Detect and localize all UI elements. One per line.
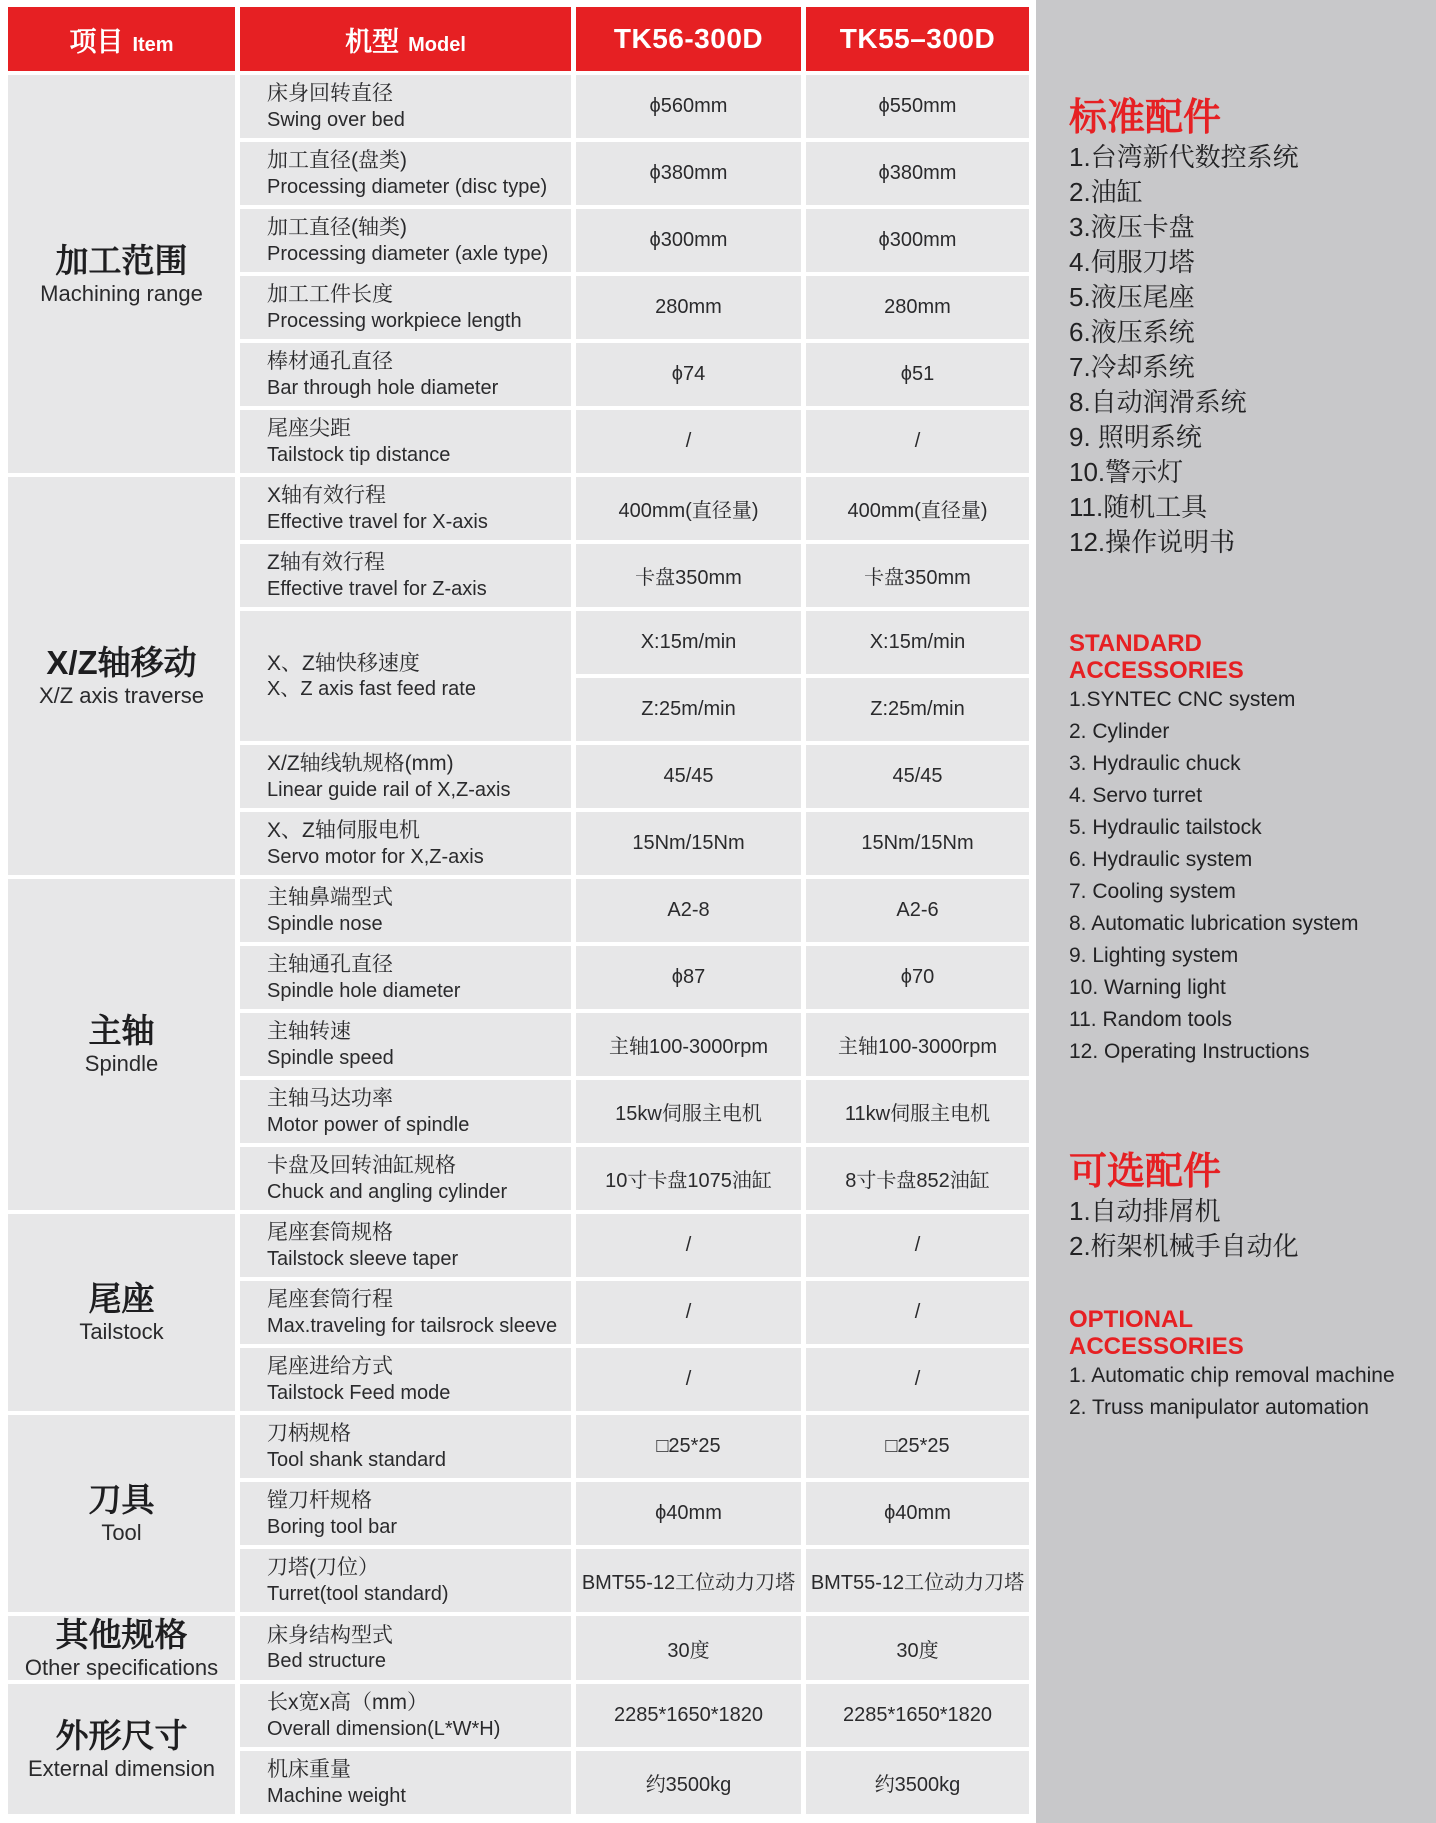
value-cell-tk56: /: [576, 1281, 801, 1344]
standard-accessories-title-zh: 标准配件: [1069, 96, 1420, 140]
value-cell-tk55: ϕ51: [806, 343, 1029, 406]
optional-title-en-line1: OPTIONAL: [1069, 1306, 1193, 1333]
spec-row: 外形尺寸External dimension长x宽x高（mm）Overall d…: [8, 1684, 1029, 1747]
accessory-item: 12. Operating Instructions: [1069, 1036, 1420, 1068]
spec-row: 主轴Spindle主轴鼻端型式Spindle noseA2-8A2-6: [8, 879, 1029, 942]
accessory-item: 3.液压卡盘: [1069, 210, 1420, 245]
param-cell: 尾座套筒行程Max.traveling for tailsrock sleeve: [240, 1281, 571, 1344]
category-cell: 其他规格Other specifications: [8, 1616, 235, 1680]
optional-accessories-list-en: 1. Automatic chip removal machine2. Trus…: [1069, 1360, 1420, 1424]
param-label-en: Motor power of spindle: [267, 1113, 571, 1138]
header-model-en: Model: [408, 34, 466, 56]
category-label-en: Other specifications: [8, 1656, 235, 1680]
header-model: 机型Model: [240, 7, 571, 71]
accessory-item: 2. Truss manipulator automation: [1069, 1392, 1420, 1424]
optional-title-en-line2: ACCESSORIES: [1069, 1333, 1244, 1360]
optional-accessories-title-zh: 可选配件: [1069, 1150, 1420, 1194]
value-cell-tk55: 卡盘350mm: [806, 544, 1029, 607]
category-label-zh: 刀具: [8, 1481, 235, 1519]
accessory-item: 4. Servo turret: [1069, 780, 1420, 812]
param-label-en: Effective travel for X-axis: [267, 510, 571, 535]
accessory-item: 3. Hydraulic chuck: [1069, 748, 1420, 780]
value-cell-tk56: BMT55-12工位动力刀塔: [576, 1549, 801, 1612]
value-cell-tk55: Z:25m/min: [806, 678, 1029, 741]
param-label-en: Bed structure: [267, 1649, 571, 1674]
value-cell-tk56: 卡盘350mm: [576, 544, 801, 607]
param-label-zh: 尾座进给方式: [267, 1353, 571, 1380]
value-cell-tk56: ϕ40mm: [576, 1482, 801, 1545]
param-label-en: Processing workpiece length: [267, 309, 571, 334]
category-label-zh: 主轴: [8, 1012, 235, 1050]
optional-accessories-list-zh: 1.自动排屑机2.桁架机械手自动化: [1069, 1194, 1420, 1264]
param-label-zh: 加工直径(轴类): [267, 214, 571, 241]
accessory-item: 9. 照明系统: [1069, 420, 1420, 455]
value-cell-tk56: 10寸卡盘1075油缸: [576, 1147, 801, 1210]
accessory-item: 1.SYNTEC CNC system: [1069, 684, 1420, 716]
value-cell-tk56: /: [576, 1348, 801, 1411]
standard-accessories-list-en: 1.SYNTEC CNC system2. Cylinder3. Hydraul…: [1069, 684, 1420, 1068]
param-label-en: Tailstock tip distance: [267, 443, 571, 468]
category-cell: 加工范围Machining range: [8, 75, 235, 473]
param-cell: X轴有效行程Effective travel for X-axis: [240, 477, 571, 540]
param-cell: 长x宽x高（mm）Overall dimension(L*W*H): [240, 1684, 571, 1747]
value-cell-tk56: 45/45: [576, 745, 801, 808]
param-label-zh: 尾座尖距: [267, 415, 571, 442]
value-cell-tk56: 约3500kg: [576, 1751, 801, 1814]
value-cell-tk56: 2285*1650*1820: [576, 1684, 801, 1747]
spec-row: X/Z轴移动X/Z axis traverseX轴有效行程Effective t…: [8, 477, 1029, 540]
param-label-en: Effective travel for Z-axis: [267, 577, 571, 602]
value-cell-tk55: BMT55-12工位动力刀塔: [806, 1549, 1029, 1612]
param-label-zh: 卡盘及回转油缸规格: [267, 1152, 571, 1179]
accessory-item: 6. Hydraulic system: [1069, 844, 1420, 876]
param-label-zh: X轴有效行程: [267, 482, 571, 509]
value-cell-tk56: □25*25: [576, 1415, 801, 1478]
param-label-en: Machine weight: [267, 1784, 571, 1809]
accessory-item: 8.自动润滑系统: [1069, 385, 1420, 420]
param-label-zh: X、Z轴伺服电机: [267, 817, 571, 844]
standard-accessories-title-en: STANDARD ACCESSORIES: [1069, 630, 1420, 684]
value-cell-tk55: ϕ40mm: [806, 1482, 1029, 1545]
param-cell: 刀柄规格Tool shank standard: [240, 1415, 571, 1478]
param-label-zh: X/Z轴线轨规格(mm): [267, 750, 571, 777]
header-model-zh: 机型: [345, 27, 399, 57]
value-cell-tk55: ϕ380mm: [806, 142, 1029, 205]
value-cell-tk55: 45/45: [806, 745, 1029, 808]
param-label-zh: 尾座套筒行程: [267, 1286, 571, 1313]
value-cell-tk55: X:15m/min: [806, 611, 1029, 674]
accessory-item: 2.桁架机械手自动化: [1069, 1229, 1420, 1264]
param-label-zh: 加工工件长度: [267, 281, 571, 308]
header-item-zh: 项目: [69, 27, 123, 57]
accessory-item: 1.台湾新代数控系统: [1069, 140, 1420, 175]
accessory-item: 6.液压系统: [1069, 315, 1420, 350]
header-item-en: Item: [132, 34, 173, 56]
param-cell: 主轴马达功率Motor power of spindle: [240, 1080, 571, 1143]
optional-accessories-title-en: OPTIONAL ACCESSORIES: [1069, 1306, 1420, 1360]
category-cell: 主轴Spindle: [8, 879, 235, 1210]
param-label-en: Spindle hole diameter: [267, 979, 571, 1004]
category-label-zh: 尾座: [8, 1280, 235, 1318]
value-cell-tk55: A2-6: [806, 879, 1029, 942]
param-cell: 主轴转速Spindle speed: [240, 1013, 571, 1076]
param-cell: 床身结构型式Bed structure: [240, 1616, 571, 1680]
param-cell: X、Z轴伺服电机Servo motor for X,Z-axis: [240, 812, 571, 875]
header-model-tk55: TK55–300D: [806, 7, 1029, 71]
value-cell-tk56: 主轴100-3000rpm: [576, 1013, 801, 1076]
category-label-zh: 加工范围: [8, 242, 235, 280]
category-label-en: Spindle: [8, 1052, 235, 1076]
accessory-item: 10. Warning light: [1069, 972, 1420, 1004]
param-cell: 床身回转直径Swing over bed: [240, 75, 571, 138]
param-cell: Z轴有效行程Effective travel for Z-axis: [240, 544, 571, 607]
value-cell-tk55: ϕ70: [806, 946, 1029, 1009]
param-label-zh: 尾座套筒规格: [267, 1219, 571, 1246]
param-label-en: Boring tool bar: [267, 1515, 571, 1540]
param-label-zh: 加工直径(盘类): [267, 147, 571, 174]
value-cell-tk55: 30度: [806, 1616, 1029, 1680]
param-label-zh: 刀柄规格: [267, 1420, 571, 1447]
spec-row: 尾座Tailstock尾座套筒规格Tailstock sleeve taper/…: [8, 1214, 1029, 1277]
spec-row: 加工范围Machining range床身回转直径Swing over bedϕ…: [8, 75, 1029, 138]
param-label-en: Spindle nose: [267, 912, 571, 937]
category-cell: 尾座Tailstock: [8, 1214, 235, 1411]
accessory-item: 7.冷却系统: [1069, 350, 1420, 385]
param-label-zh: X、Z轴快移速度: [267, 650, 571, 677]
header-model-tk56: TK56-300D: [576, 7, 801, 71]
accessory-item: 5.液压尾座: [1069, 280, 1420, 315]
param-label-en: Overall dimension(L*W*H): [267, 1717, 571, 1742]
value-cell-tk56: /: [576, 1214, 801, 1277]
param-label-zh: 主轴马达功率: [267, 1085, 571, 1112]
value-cell-tk55: 8寸卡盘852油缸: [806, 1147, 1029, 1210]
value-cell-tk56: /: [576, 410, 801, 473]
value-cell-tk56: ϕ74: [576, 343, 801, 406]
value-cell-tk56: X:15m/min: [576, 611, 801, 674]
param-label-zh: 机床重量: [267, 1756, 571, 1783]
param-label-zh: 镗刀杆规格: [267, 1487, 571, 1514]
accessory-item: 12.操作说明书: [1069, 525, 1420, 560]
value-cell-tk56: 280mm: [576, 276, 801, 339]
param-label-zh: 刀塔(刀位）: [267, 1554, 571, 1581]
param-cell: 主轴通孔直径Spindle hole diameter: [240, 946, 571, 1009]
category-label-en: Tailstock: [8, 1320, 235, 1344]
standard-title-en-line2: ACCESSORIES: [1069, 657, 1244, 684]
value-cell-tk56: ϕ300mm: [576, 209, 801, 272]
param-label-zh: 床身结构型式: [267, 1622, 571, 1649]
param-cell: 主轴鼻端型式Spindle nose: [240, 879, 571, 942]
param-label-zh: 棒材通孔直径: [267, 348, 571, 375]
param-cell: 尾座进给方式Tailstock Feed mode: [240, 1348, 571, 1411]
param-cell: 刀塔(刀位）Turret(tool standard): [240, 1549, 571, 1612]
param-label-zh: 主轴通孔直径: [267, 951, 571, 978]
value-cell-tk56: ϕ87: [576, 946, 801, 1009]
param-label-en: Tailstock Feed mode: [267, 1381, 571, 1406]
accessory-item: 11. Random tools: [1069, 1004, 1420, 1036]
accessory-item: 10.警示灯: [1069, 455, 1420, 490]
category-label-zh: 外形尺寸: [8, 1717, 235, 1755]
value-cell-tk55: □25*25: [806, 1415, 1029, 1478]
value-cell-tk55: /: [806, 1348, 1029, 1411]
value-cell-tk55: 约3500kg: [806, 1751, 1029, 1814]
param-cell: 卡盘及回转油缸规格Chuck and angling cylinder: [240, 1147, 571, 1210]
accessory-item: 1.自动排屑机: [1069, 1194, 1420, 1229]
param-cell: 棒材通孔直径Bar through hole diameter: [240, 343, 571, 406]
value-cell-tk55: 400mm(直径量): [806, 477, 1029, 540]
standard-accessories-list-zh: 1.台湾新代数控系统2.油缸3.液压卡盘4.伺服刀塔5.液压尾座6.液压系统7.…: [1069, 140, 1420, 560]
param-label-zh: 床身回转直径: [267, 80, 571, 107]
accessory-item: 2.油缸: [1069, 175, 1420, 210]
spec-table-body: 加工范围Machining range床身回转直径Swing over bedϕ…: [8, 75, 1029, 1814]
param-label-en: Swing over bed: [267, 108, 571, 133]
value-cell-tk55: /: [806, 1281, 1029, 1344]
param-label-zh: Z轴有效行程: [267, 549, 571, 576]
param-cell: 尾座尖距Tailstock tip distance: [240, 410, 571, 473]
standard-title-en-line1: STANDARD: [1069, 630, 1202, 657]
accessory-item: 9. Lighting system: [1069, 940, 1420, 972]
param-label-en: Servo motor for X,Z-axis: [267, 845, 571, 870]
category-cell: 刀具Tool: [8, 1415, 235, 1612]
value-cell-tk55: ϕ550mm: [806, 75, 1029, 138]
spec-table: 项目Item 机型Model TK56-300D TK55–300D 加工范围M…: [3, 3, 1034, 1818]
accessory-item: 5. Hydraulic tailstock: [1069, 812, 1420, 844]
category-label-en: Machining range: [8, 282, 235, 306]
value-cell-tk56: 30度: [576, 1616, 801, 1680]
value-cell-tk56: 15kw伺服主电机: [576, 1080, 801, 1143]
param-cell: 加工直径(轴类)Processing diameter (axle type): [240, 209, 571, 272]
header-row: 项目Item 机型Model TK56-300D TK55–300D: [8, 7, 1029, 71]
spec-sheet-page: { "colors": { "accent_red": "#e62023", "…: [0, 0, 1436, 1823]
value-cell-tk55: /: [806, 1214, 1029, 1277]
param-label-en: Linear guide rail of X,Z-axis: [267, 778, 571, 803]
value-cell-tk55: 2285*1650*1820: [806, 1684, 1029, 1747]
accessory-item: 7. Cooling system: [1069, 876, 1420, 908]
param-label-en: Max.traveling for tailsrock sleeve: [267, 1314, 571, 1339]
accessories-sidebar: 标准配件 1.台湾新代数控系统2.油缸3.液压卡盘4.伺服刀塔5.液压尾座6.液…: [1036, 0, 1436, 1823]
spec-row: 刀具Tool刀柄规格Tool shank standard□25*25□25*2…: [8, 1415, 1029, 1478]
value-cell-tk56: 15Nm/15Nm: [576, 812, 801, 875]
param-label-en: Turret(tool standard): [267, 1582, 571, 1607]
param-label-en: Processing diameter (disc type): [267, 175, 571, 200]
category-cell: 外形尺寸External dimension: [8, 1684, 235, 1814]
accessory-item: 1. Automatic chip removal machine: [1069, 1360, 1420, 1392]
value-cell-tk56: A2-8: [576, 879, 801, 942]
category-label-en: Tool: [8, 1521, 235, 1545]
category-cell: X/Z轴移动X/Z axis traverse: [8, 477, 235, 875]
param-label-en: Processing diameter (axle type): [267, 242, 571, 267]
header-item: 项目Item: [8, 7, 235, 71]
category-label-en: External dimension: [8, 1757, 235, 1781]
param-cell: 尾座套筒规格Tailstock sleeve taper: [240, 1214, 571, 1277]
accessory-item: 11.随机工具: [1069, 490, 1420, 525]
category-label-zh: X/Z轴移动: [8, 644, 235, 682]
param-label-en: X、Z axis fast feed rate: [267, 677, 571, 702]
value-cell-tk55: 主轴100-3000rpm: [806, 1013, 1029, 1076]
accessory-item: 8. Automatic lubrication system: [1069, 908, 1420, 940]
accessory-item: 4.伺服刀塔: [1069, 245, 1420, 280]
param-label-en: Bar through hole diameter: [267, 376, 571, 401]
category-label-en: X/Z axis traverse: [8, 684, 235, 708]
param-label-zh: 主轴鼻端型式: [267, 884, 571, 911]
param-cell: X/Z轴线轨规格(mm)Linear guide rail of X,Z-axi…: [240, 745, 571, 808]
accessory-item: 2. Cylinder: [1069, 716, 1420, 748]
value-cell-tk55: 15Nm/15Nm: [806, 812, 1029, 875]
param-cell: 加工工件长度Processing workpiece length: [240, 276, 571, 339]
category-label-zh: 其他规格: [8, 1616, 235, 1654]
param-cell: 机床重量Machine weight: [240, 1751, 571, 1814]
value-cell-tk55: 11kw伺服主电机: [806, 1080, 1029, 1143]
param-label-en: Tool shank standard: [267, 1448, 571, 1473]
value-cell-tk56: Z:25m/min: [576, 678, 801, 741]
param-label-en: Tailstock sleeve taper: [267, 1247, 571, 1272]
spec-row: 其他规格Other specifications床身结构型式Bed struct…: [8, 1616, 1029, 1680]
value-cell-tk56: ϕ560mm: [576, 75, 801, 138]
value-cell-tk55: ϕ300mm: [806, 209, 1029, 272]
param-cell: 加工直径(盘类)Processing diameter (disc type): [240, 142, 571, 205]
param-cell: X、Z轴快移速度X、Z axis fast feed rate: [240, 611, 571, 741]
param-label-en: Chuck and angling cylinder: [267, 1180, 571, 1205]
value-cell-tk56: ϕ380mm: [576, 142, 801, 205]
value-cell-tk55: 280mm: [806, 276, 1029, 339]
param-label-zh: 主轴转速: [267, 1018, 571, 1045]
value-cell-tk56: 400mm(直径量): [576, 477, 801, 540]
param-cell: 镗刀杆规格Boring tool bar: [240, 1482, 571, 1545]
param-label-en: Spindle speed: [267, 1046, 571, 1071]
param-label-zh: 长x宽x高（mm）: [267, 1689, 571, 1716]
value-cell-tk55: /: [806, 410, 1029, 473]
